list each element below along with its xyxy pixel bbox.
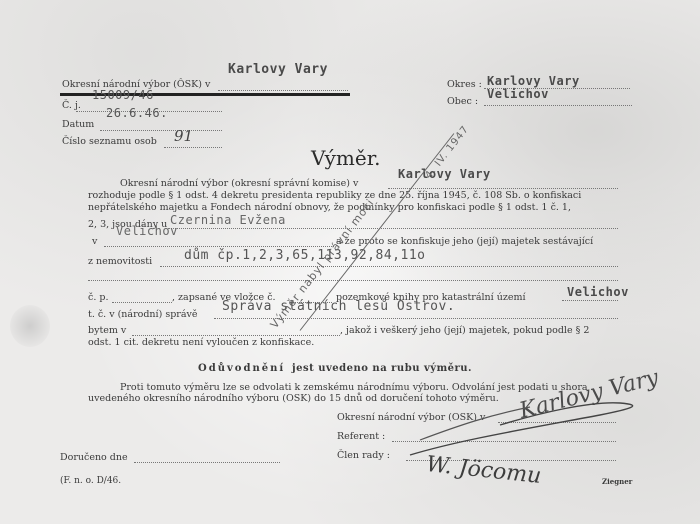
doruceno-label: Doručeno dne <box>60 452 128 463</box>
cp-label: č. p. <box>88 292 108 303</box>
oduvodneni-bold: Odůvodnění <box>198 363 285 374</box>
owner-dotted-line <box>168 228 618 229</box>
body-line-2: rozhoduje podle § 1 odst. 4 dekretu pres… <box>88 190 581 201</box>
osk-dotted-line <box>218 90 348 91</box>
sprava-label: t. č. v (národní) správě <box>88 309 197 320</box>
oduvodneni-rest: jest uvedeno na rubu výměru. <box>292 363 472 374</box>
body-line-last: odst. 1 cit. dekretu není vyloučen z kon… <box>88 337 314 348</box>
punch-hole-smudge <box>10 305 50 347</box>
sprava-value: Správa státních lesů Ostrov. <box>222 299 455 314</box>
bytem-label: bytem v <box>88 325 126 336</box>
okres-label: Okres : <box>447 79 482 90</box>
obec-value: Velichov <box>487 87 549 101</box>
nemovitosti-value: dům čp.1,2,3,65,113,92,84,11o <box>184 248 425 263</box>
seznam-value: 91 <box>174 127 193 145</box>
datum-value: 26.6.46. <box>106 106 168 120</box>
cp-dotted-line <box>112 302 172 303</box>
body-line-5-end: a že proto se konfiskuje jeho (její) maj… <box>336 236 593 247</box>
osk-value: Karlovy Vary <box>228 62 328 77</box>
cj-value: 15009/46 <box>92 88 154 102</box>
referent-label: Referent : <box>337 431 385 442</box>
nemovitosti-label: z nemovitosti <box>88 256 152 267</box>
obec-dotted-line <box>484 105 632 106</box>
bytem-dotted-line <box>132 335 340 336</box>
form-code: (F. n. o. D/46. <box>60 476 121 486</box>
datum-label: Datum <box>62 119 94 130</box>
nemovitosti-dotted-line <box>160 266 618 267</box>
uzemi-value: Velichov <box>567 285 629 299</box>
body-line-3: nepřátelského majetku a Fondech národní … <box>88 202 571 213</box>
datum-dotted-line <box>100 130 222 131</box>
seznam-dotted-line <box>164 147 222 148</box>
v-value: Velichov <box>116 224 178 238</box>
v-label: v <box>92 236 97 247</box>
doruceno-dotted-line <box>134 462 280 463</box>
body-line-1-dots <box>388 188 618 189</box>
committee-value: Karlovy Vary <box>398 167 491 181</box>
body-line-1: Okresní národní výbor (okresní správní k… <box>120 178 358 189</box>
v-dotted-line <box>104 246 334 247</box>
seznam-label: Číslo seznamu osob <box>62 136 157 147</box>
document-title: Výměr. <box>311 146 380 170</box>
obec-label: Obec : <box>447 96 478 107</box>
owner-value: Czernina Evžena <box>170 213 286 227</box>
extra-dotted-line <box>88 280 618 281</box>
uzemi-dotted-line <box>562 300 618 301</box>
printer-name: Ziegner <box>602 477 632 486</box>
bytem-end: , jakož i veškerý jeho (její) majetek, p… <box>340 325 589 336</box>
cj-label: Č. j. <box>62 100 81 111</box>
okres-value: Karlovy Vary <box>487 74 580 88</box>
clen-label: Člen rady : <box>337 450 390 461</box>
